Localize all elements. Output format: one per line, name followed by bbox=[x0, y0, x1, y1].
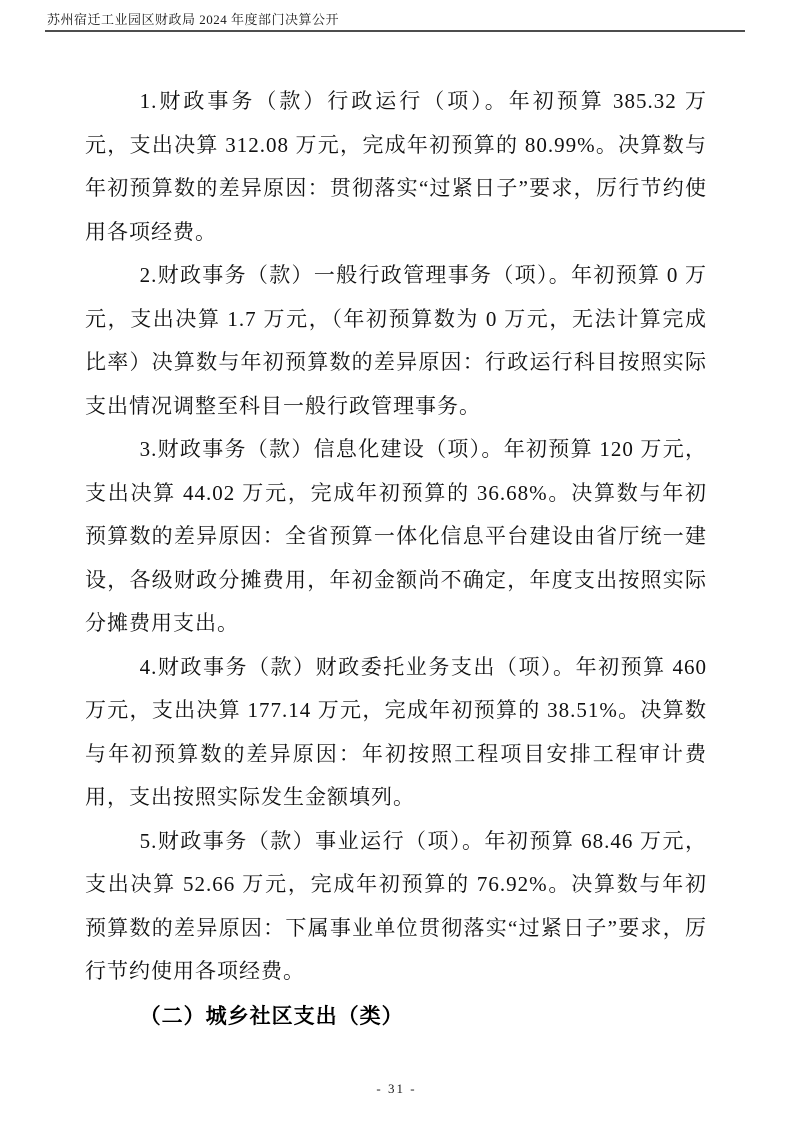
paragraph-finance-admin-operation: 1.财政事务（款）行政运行（项）。年初预算 385.32 万元，支出决算 312… bbox=[85, 80, 707, 254]
document-body: 1.财政事务（款）行政运行（项）。年初预算 385.32 万元，支出决算 312… bbox=[85, 80, 707, 1038]
paragraph-entrusted-business-expense: 4.财政事务（款）财政委托业务支出（项）。年初预算 460 万元，支出决算 17… bbox=[85, 646, 707, 820]
document-header-title: 苏州宿迁工业园区财政局 2024 年度部门决算公开 bbox=[45, 12, 745, 28]
paragraph-general-admin-affairs: 2.财政事务（款）一般行政管理事务（项）。年初预算 0 万元，支出决算 1.7 … bbox=[85, 254, 707, 428]
header-rule bbox=[45, 30, 745, 32]
page-footer: - 31 - bbox=[0, 1080, 793, 1098]
paragraph-informatization-construction: 3.财政事务（款）信息化建设（项）。年初预算 120 万元，支出决算 44.02… bbox=[85, 428, 707, 646]
paragraph-institution-operation: 5.财政事务（款）事业运行（项）。年初预算 68.46 万元，支出决算 52.6… bbox=[85, 820, 707, 994]
section-heading-urban-rural-community-expenditure: （二）城乡社区支出（类） bbox=[85, 995, 707, 1039]
page-header: 苏州宿迁工业园区财政局 2024 年度部门决算公开 bbox=[45, 12, 745, 32]
document-page: 苏州宿迁工业园区财政局 2024 年度部门决算公开 1.财政事务（款）行政运行（… bbox=[0, 0, 793, 1122]
page-number: - 31 - bbox=[376, 1081, 416, 1096]
